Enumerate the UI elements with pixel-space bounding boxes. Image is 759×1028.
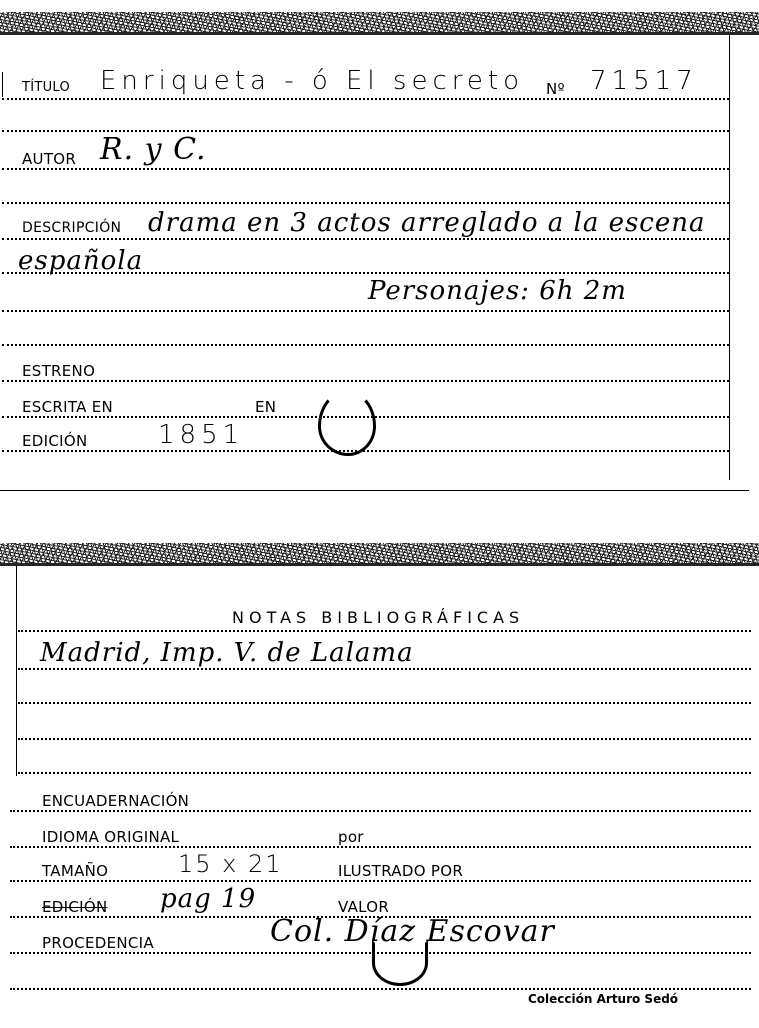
- row-line: [10, 880, 751, 882]
- row-line: [10, 988, 751, 990]
- value-notes-line1: Madrid, Imp. V. de Lalama: [40, 638, 414, 668]
- row-line: [10, 810, 751, 812]
- label-idioma-original: IDIOMA ORIGINAL: [42, 828, 179, 846]
- label-por: por: [338, 828, 364, 846]
- heading-notas-bibliograficas: NOTAS BIBLIOGRÁFICAS: [232, 608, 524, 627]
- label-edicion-struck: EDICIÓN: [42, 898, 107, 916]
- label-procedencia: PROCEDENCIA: [42, 934, 154, 952]
- label-tamano: TAMAÑO: [42, 862, 108, 880]
- row-line: [10, 846, 751, 848]
- row-line: [18, 668, 751, 670]
- value-tamano: 15 x 21: [178, 850, 283, 878]
- ink-loop-mark: [372, 940, 428, 986]
- value-edicion-pag: pag 19: [160, 884, 256, 914]
- row-line: [18, 702, 751, 704]
- label-encuadernacion: ENCUADERNACIÓN: [42, 792, 189, 810]
- row-line: [18, 630, 751, 632]
- row-line: [18, 772, 751, 774]
- row-line: [18, 738, 751, 740]
- card-left-border: [16, 566, 17, 776]
- row-line: [10, 952, 751, 954]
- collection-footer: Colección Arturo Sedó: [528, 992, 678, 1006]
- catalog-card-bottom: NOTAS BIBLIOGRÁFICAS Madrid, Imp. V. de …: [0, 0, 759, 1028]
- label-ilustrado-por: ILUSTRADO POR: [338, 862, 463, 880]
